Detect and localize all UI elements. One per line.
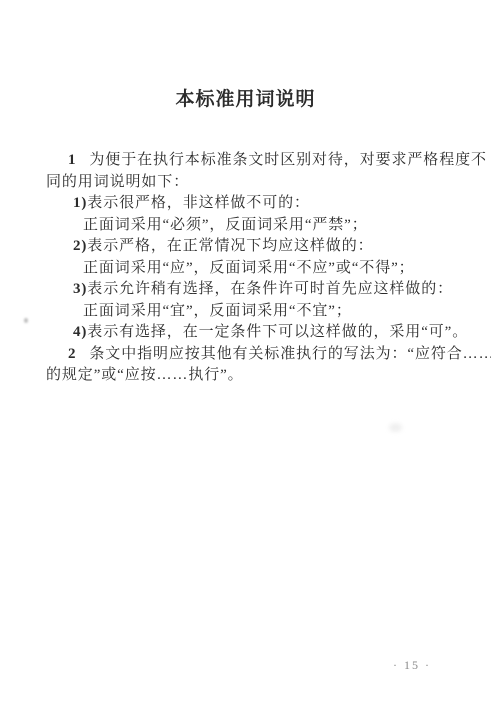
line-text: 正面词采用“宜”，反面词采用“不宜”；: [83, 303, 352, 319]
text-line: 正面词采用“必须”，反面词采用“严禁”；: [46, 215, 448, 237]
text-line: 同的用词说明如下：: [46, 172, 448, 194]
line-text: 表示有选择，在一定条件下可以这样做的，采用“可”。: [87, 324, 468, 340]
clause-number: 1): [73, 195, 87, 211]
line-text: 表示允许稍有选择，在条件许可时首先应这样做的：: [87, 281, 453, 297]
clause-number: 2): [73, 238, 87, 254]
text-line: 正面词采用“宜”，反面词采用“不宜”；: [46, 301, 448, 323]
line-text: 表示很严格，非这样做不可的：: [87, 195, 310, 211]
page-title: 本标准用词说明: [0, 84, 491, 111]
line-text: 正面词采用“必须”，反面词采用“严禁”；: [83, 217, 368, 233]
text-line: 4)表示有选择，在一定条件下可以这样做的，采用“可”。: [46, 322, 448, 344]
line-text: 条文中指明应按其他有关标准执行的写法为：“应符合……: [89, 346, 491, 362]
page-number: · 15 ·: [393, 658, 431, 673]
clause-number: 4): [73, 324, 87, 340]
line-text: 表示严格，在正常情况下均应这样做的：: [87, 238, 373, 254]
scan-speck: [24, 318, 28, 323]
line-text: 为便于在执行本标准条文时区别对待，对要求严格程度不: [89, 152, 487, 168]
text-line: 1)表示很严格，非这样做不可的：: [46, 193, 448, 215]
document-page: 本标准用词说明 1为便于在执行本标准条文时区别对待，对要求严格程度不同的用词说明…: [0, 0, 491, 718]
body-text: 1为便于在执行本标准条文时区别对待，对要求严格程度不同的用词说明如下：1)表示很…: [46, 150, 448, 387]
scan-speck: [389, 423, 402, 432]
text-line: 3)表示允许稍有选择，在条件许可时首先应这样做的：: [46, 279, 448, 301]
line-text: 的规定”或“应按……执行”。: [46, 367, 244, 383]
clause-number: 1: [68, 152, 76, 168]
line-text: 同的用词说明如下：: [46, 174, 189, 190]
text-line: 2条文中指明应按其他有关标准执行的写法为：“应符合……: [46, 344, 448, 366]
text-line: 2)表示严格，在正常情况下均应这样做的：: [46, 236, 448, 258]
text-line: 正面词采用“应”，反面词采用“不应”或“不得”；: [46, 258, 448, 280]
text-line: 1为便于在执行本标准条文时区别对待，对要求严格程度不: [46, 150, 448, 172]
clause-number: 3): [73, 281, 87, 297]
clause-number: 2: [68, 346, 76, 362]
text-line: 的规定”或“应按……执行”。: [46, 365, 448, 387]
line-text: 正面词采用“应”，反面词采用“不应”或“不得”；: [83, 260, 415, 276]
